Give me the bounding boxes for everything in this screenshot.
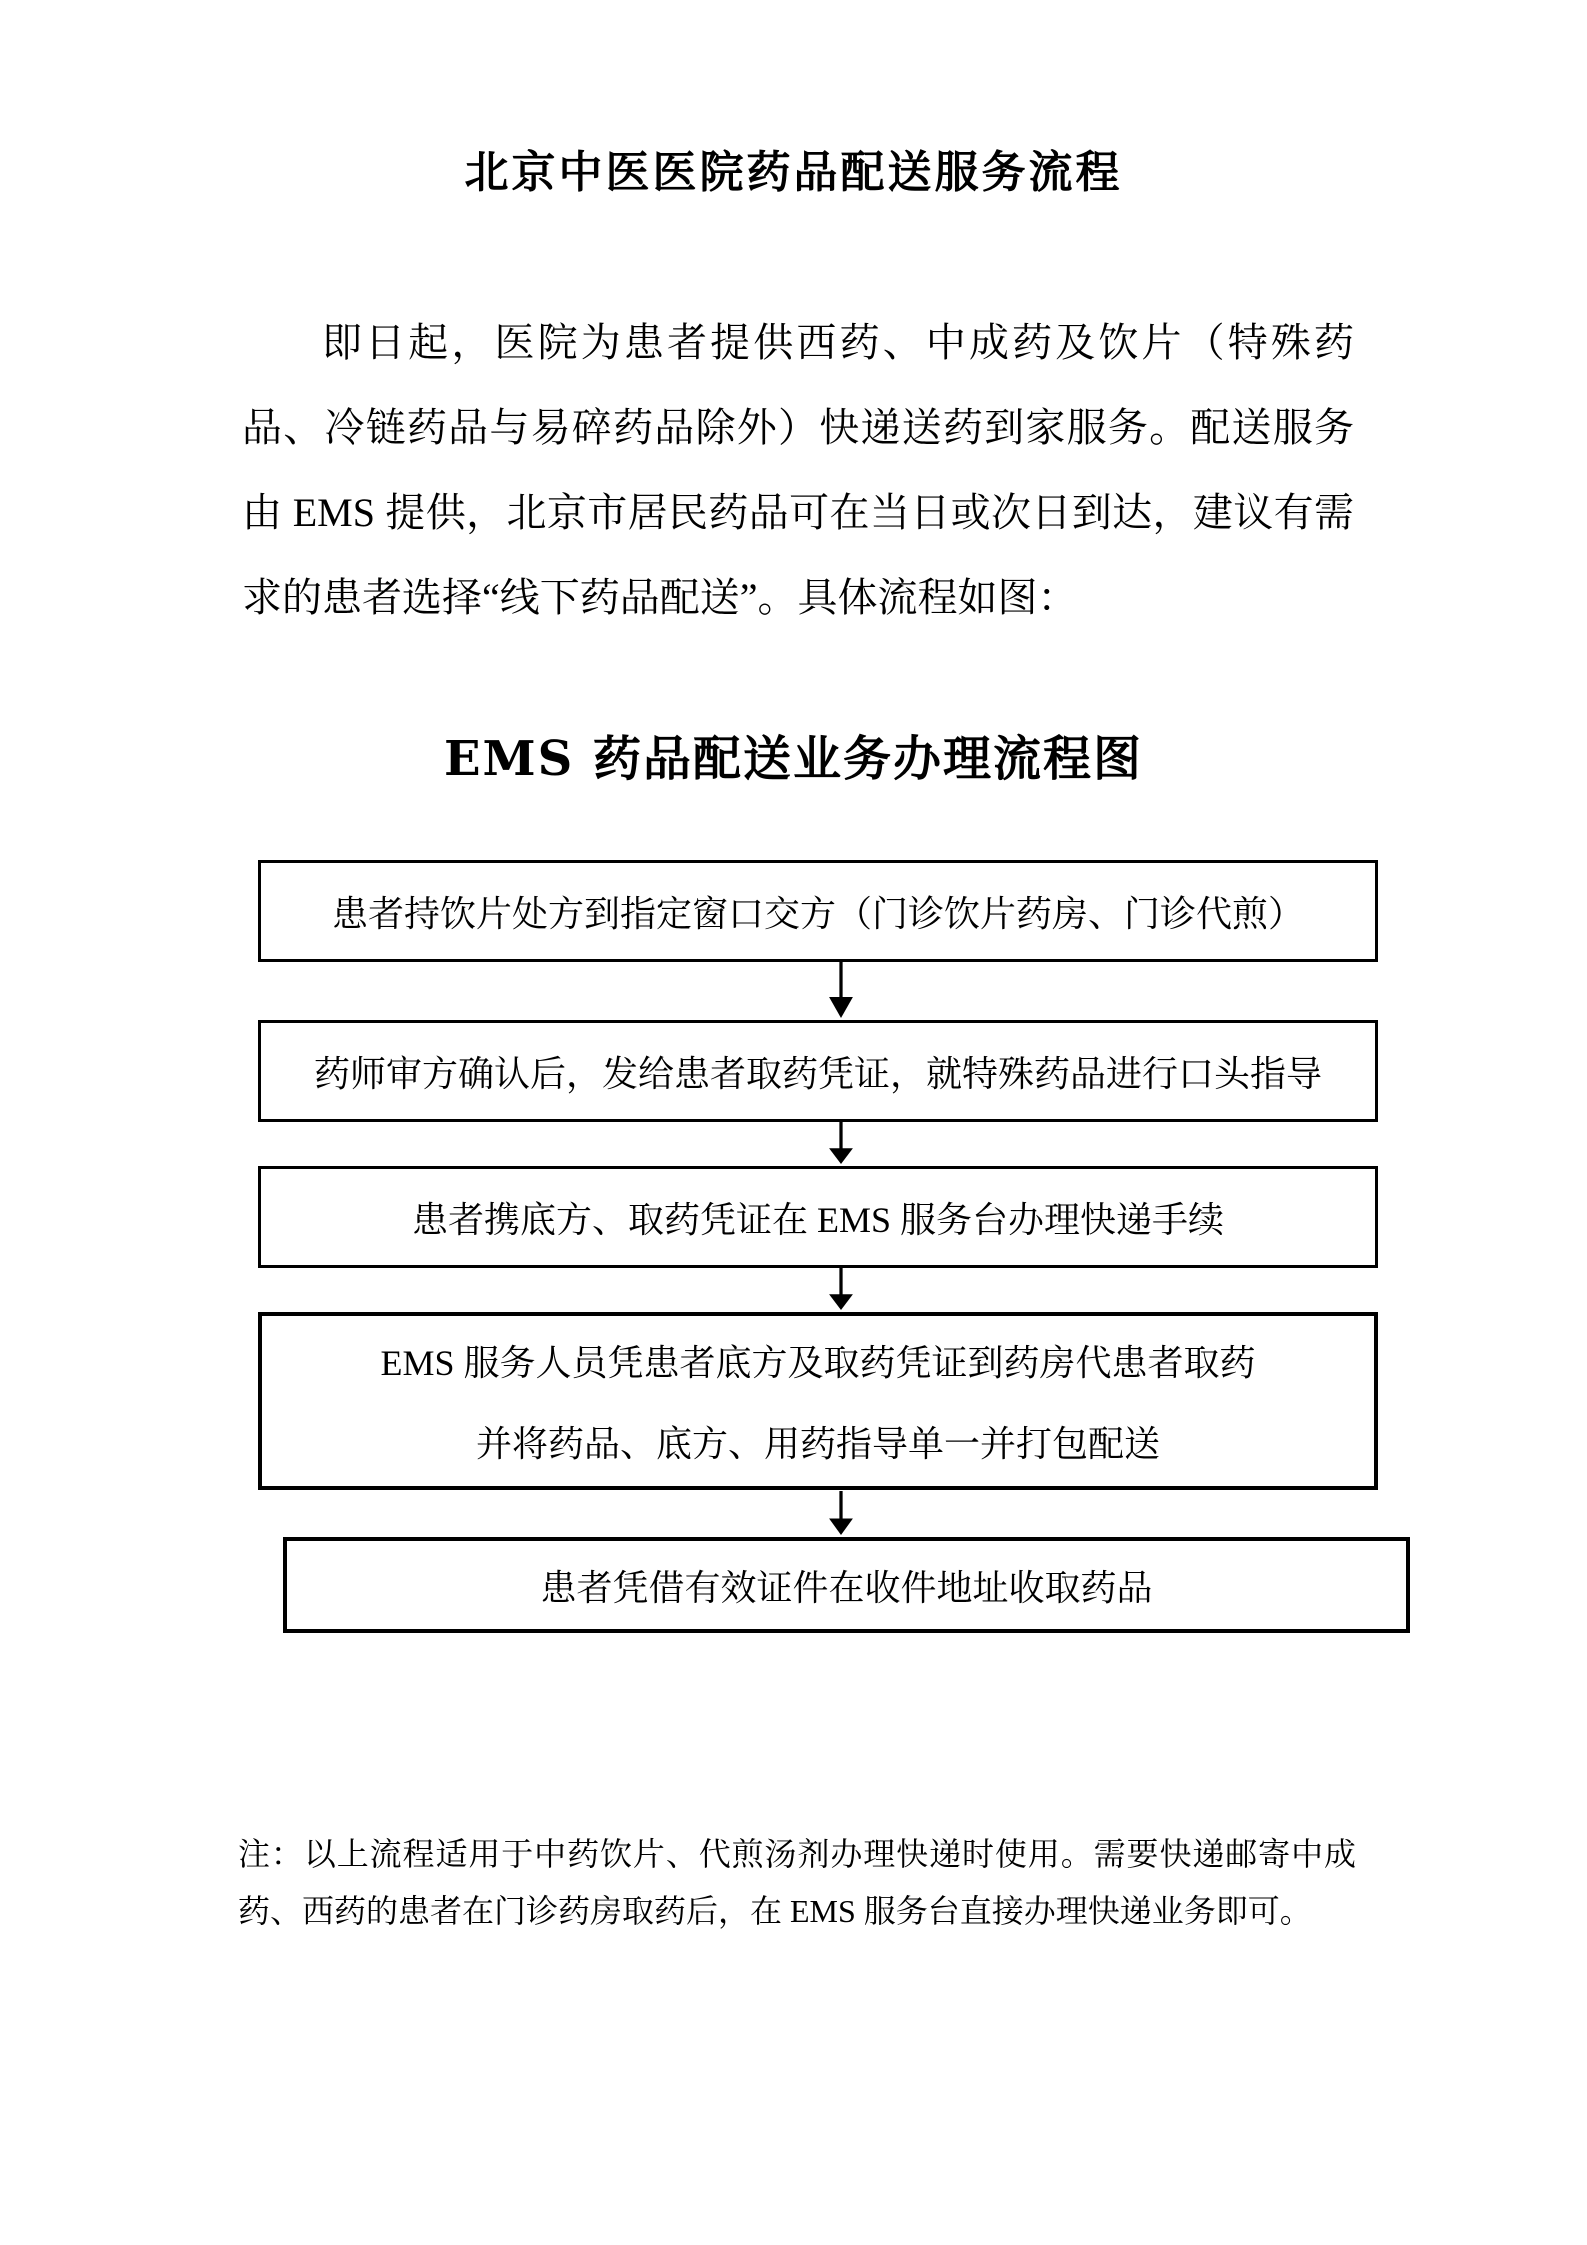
- flowchart-step-4-label-line1: EMS 服务人员凭患者底方及取药凭证到药房代患者取药: [380, 1335, 1255, 1386]
- arrow-down-icon: [828, 1491, 854, 1535]
- arrow-down-icon: [828, 962, 854, 1018]
- flowchart-step-4-label-line2: 并将药品、底方、用药指导单一并打包配送: [476, 1416, 1160, 1467]
- footnote: 注：以上流程适用于中药饮片、代煎汤剂办理快递时使用。需要快递邮寄中成药、西药的患…: [238, 1826, 1356, 1940]
- document-page: 北京中医医院药品配送服务流程 即日起，医院为患者提供西药、中成药及饮片（特殊药品…: [0, 0, 1587, 2245]
- flowchart-step-1: 患者持饮片处方到指定窗口交方（门诊饮片药房、门诊代煎）: [258, 860, 1378, 962]
- arrow-down-icon: [828, 1122, 854, 1164]
- flowchart-step-2-label: 药师审方确认后，发给患者取药凭证，就特殊药品进行口头指导: [314, 1046, 1322, 1097]
- flowchart-step-2: 药师审方确认后，发给患者取药凭证，就特殊药品进行口头指导: [258, 1020, 1378, 1122]
- flowchart-step-1-label: 患者持饮片处方到指定窗口交方（门诊饮片药房、门诊代煎）: [332, 886, 1304, 937]
- page-title: 北京中医医院药品配送服务流程: [0, 136, 1587, 200]
- flowchart-title: EMS 药品配送业务办理流程图: [0, 720, 1587, 789]
- flowchart-step-3: 患者携底方、取药凭证在 EMS 服务台办理快递手续: [258, 1166, 1378, 1268]
- flowchart-step-3-label: 患者携底方、取药凭证在 EMS 服务台办理快递手续: [412, 1192, 1224, 1243]
- flowchart-step-5-label: 患者凭借有效证件在收件地址收取药品: [540, 1560, 1152, 1611]
- flowchart-step-4: EMS 服务人员凭患者底方及取药凭证到药房代患者取药 并将药品、底方、用药指导单…: [258, 1312, 1378, 1490]
- intro-paragraph: 即日起，医院为患者提供西药、中成药及饮片（特殊药品、冷链药品与易碎药品除外）快递…: [242, 300, 1354, 640]
- flowchart-step-5: 患者凭借有效证件在收件地址收取药品: [283, 1537, 1410, 1633]
- arrow-down-icon: [828, 1268, 854, 1310]
